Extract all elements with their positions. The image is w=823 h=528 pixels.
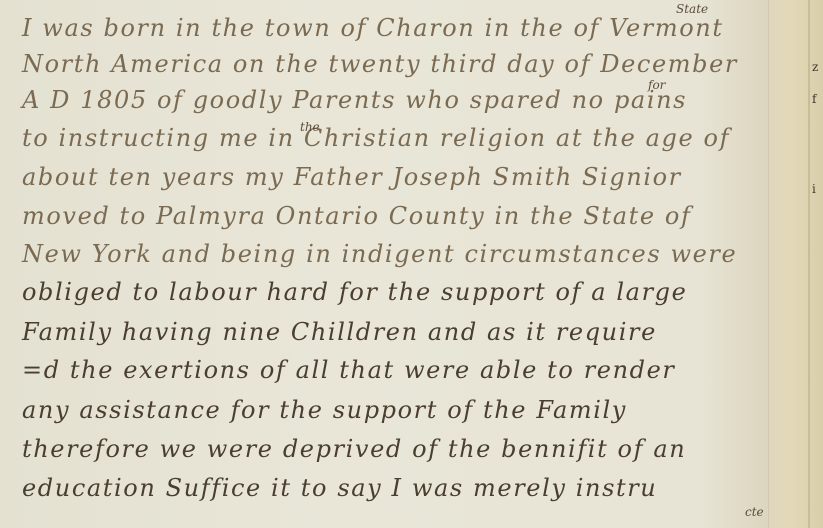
manuscript-page: I was born in the town of Charon in the … (0, 0, 823, 528)
insertion-the: the (300, 120, 320, 134)
insertion-state: State (676, 2, 708, 16)
text-line-7: New York and being in indigent circumsta… (22, 240, 737, 268)
text-line-3: A D 1805 of goodly Parents who spared no… (22, 86, 687, 114)
page-edge (808, 0, 810, 528)
text-line-11: any assistance for the support of the Fa… (22, 396, 627, 424)
text-line-5: about ten years my Father Joseph Smith S… (22, 163, 682, 191)
margin-mark-2: f (812, 92, 816, 106)
text-line-4: to instructing me in Christian religion … (22, 124, 730, 152)
text-line-1: I was born in the town of Charon in the … (22, 14, 724, 42)
text-line-9: Family having nine Chilldren and as it r… (22, 318, 657, 346)
paper-crease (768, 0, 769, 528)
text-line-10: =d the exertions of all that were able t… (22, 356, 675, 384)
text-line-13: education Suffice it to say I was merely… (22, 474, 657, 502)
insertion-bottom: cte (745, 505, 764, 519)
margin-mark-3: i (812, 182, 816, 196)
text-line-2: North America on the twenty third day of… (22, 50, 738, 78)
text-line-12: therefore we were deprived of the bennif… (22, 435, 686, 463)
text-line-6: moved to Palmyra Ontario County in the S… (22, 202, 691, 230)
text-line-8: obliged to labour hard for the support o… (22, 278, 687, 306)
margin-mark-1: z (812, 60, 818, 74)
